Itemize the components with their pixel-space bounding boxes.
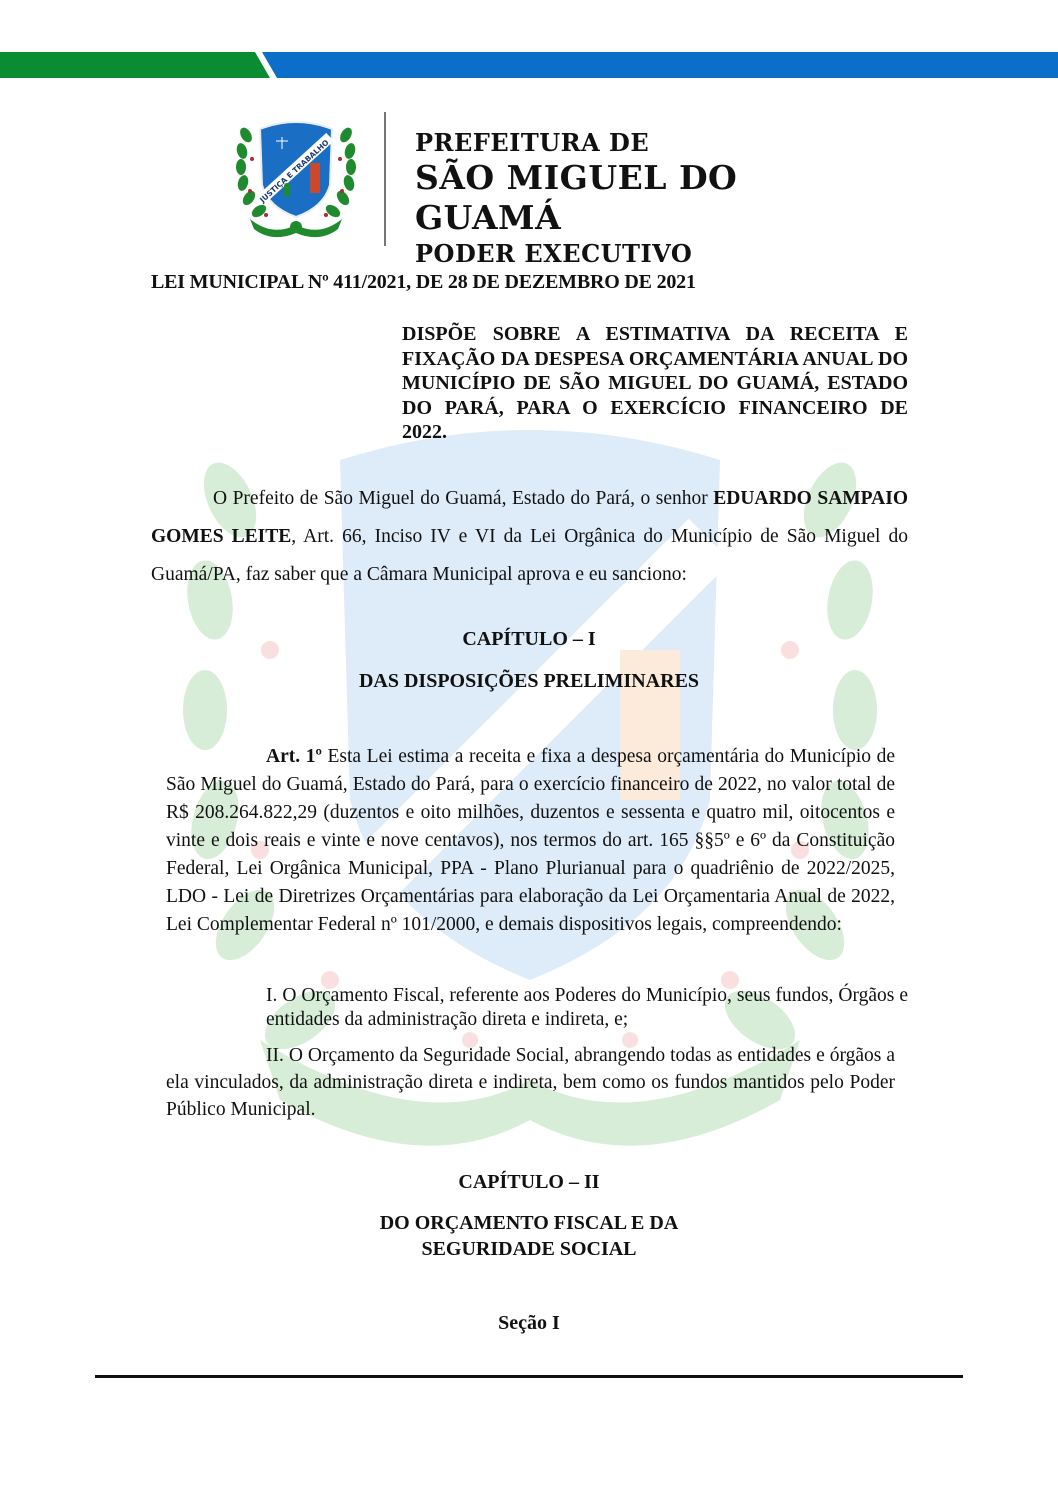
brand-line-branch: PODER EXECUTIVO — [415, 238, 852, 270]
chapter-2-title-line-1: DO ORÇAMENTO FISCAL E DA — [0, 1212, 1058, 1235]
header-color-band — [0, 52, 1058, 78]
brand-line-prefeitura: PREFEITURA DE — [415, 128, 852, 158]
chapter-2-title-line-2: SEGURIDADE SOCIAL — [0, 1238, 1058, 1261]
preamble-paragraph: O Prefeito de São Miguel do Guamá, Estad… — [151, 480, 908, 594]
article-1-item-2: II. O Orçamento da Seguridade Social, ab… — [166, 1045, 895, 1120]
section-1-heading: Seção I — [0, 1312, 1058, 1335]
coat-of-arms-icon: JUSTIÇA E TRABALHO — [232, 115, 360, 245]
preamble-text-before: O Prefeito de São Miguel do Guamá, Estad… — [213, 488, 713, 509]
article-1-item-1: I. O Orçamento Fiscal, referente aos Pod… — [266, 984, 908, 1032]
article-1: Art. 1º Esta Lei estima a receita e fixa… — [166, 743, 895, 939]
band-blue-segment — [262, 52, 1058, 78]
header-divider — [384, 112, 386, 246]
footer-divider — [95, 1375, 963, 1378]
letterhead: JUSTIÇA E TRABALHO PREFEITURA DE SÃO MIG… — [232, 110, 852, 250]
chapter-2-heading: CAPÍTULO – II — [0, 1171, 1058, 1194]
band-green-segment — [0, 52, 270, 78]
chapter-1-title: DAS DISPOSIÇÕES PRELIMINARES — [0, 670, 1058, 693]
article-1-text: Esta Lei estima a receita e fixa a despe… — [166, 746, 895, 935]
article-1-item-2-wrapper: II. O Orçamento da Seguridade Social, ab… — [166, 1042, 895, 1123]
law-ementa: DISPÕE SOBRE A ESTIMATIVA DA RECEITA E F… — [402, 322, 908, 445]
institution-name: PREFEITURA DE SÃO MIGUEL DO GUAMÁ PODER … — [415, 128, 852, 270]
article-1-label: Art. 1º — [266, 746, 322, 767]
chapter-1-heading: CAPÍTULO – I — [0, 628, 1058, 651]
brand-line-municipality: SÃO MIGUEL DO GUAMÁ — [415, 158, 852, 238]
law-title: LEI MUNICIPAL Nº 411/2021, DE 28 DE DEZE… — [151, 271, 696, 294]
